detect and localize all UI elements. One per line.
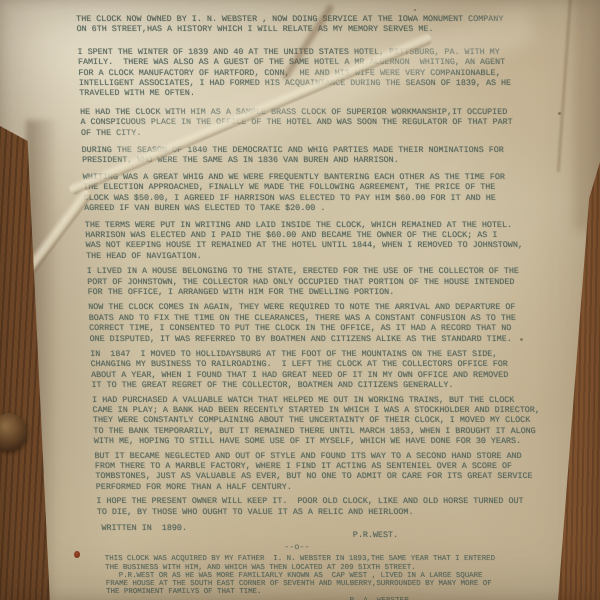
letter-paragraph: THE TERMS WERE PUT IN WRITING AND LAID I…: [85, 220, 579, 262]
addendum-note: THIS CLOCK WAS ACQUIRED BY MY FATHER I. …: [105, 555, 593, 596]
letter-paragraph: I LIVED IN A HOUSE BELONGING TO THE STAT…: [87, 266, 580, 297]
west-signature: P.R.WEST.: [353, 530, 590, 540]
framed-letter-photo: THE CLOCK NOW OWNED BY I. N. WEBSTER , N…: [0, 0, 600, 600]
paper-fleck: [520, 338, 523, 341]
letter-paragraph: IN 1847 I MOVED TO HOLLIDAYSBURG AT THE …: [90, 349, 584, 391]
letter-paragraph: I HOPE THE PRESENT OWNER WILL KEEP IT. P…: [96, 496, 589, 517]
letter-paragraph: I HAD PURCHASED A VALUABLE WATCH THAT HE…: [92, 395, 586, 447]
paper-fleck: [414, 9, 416, 11]
letter-paragraph: NOW THE CLOCK COMES IN AGAIN, THEY WERE …: [88, 302, 582, 344]
letter-paragraph: BUT IT BECAME NEGLECTED AND OUT OF STYLE…: [94, 451, 588, 493]
letter-paragraph: WHITING WAS A GREAT WHIG AND WE WERE FRE…: [83, 172, 577, 214]
ink-spot: [74, 551, 80, 558]
section-divider: --o--: [284, 542, 590, 552]
